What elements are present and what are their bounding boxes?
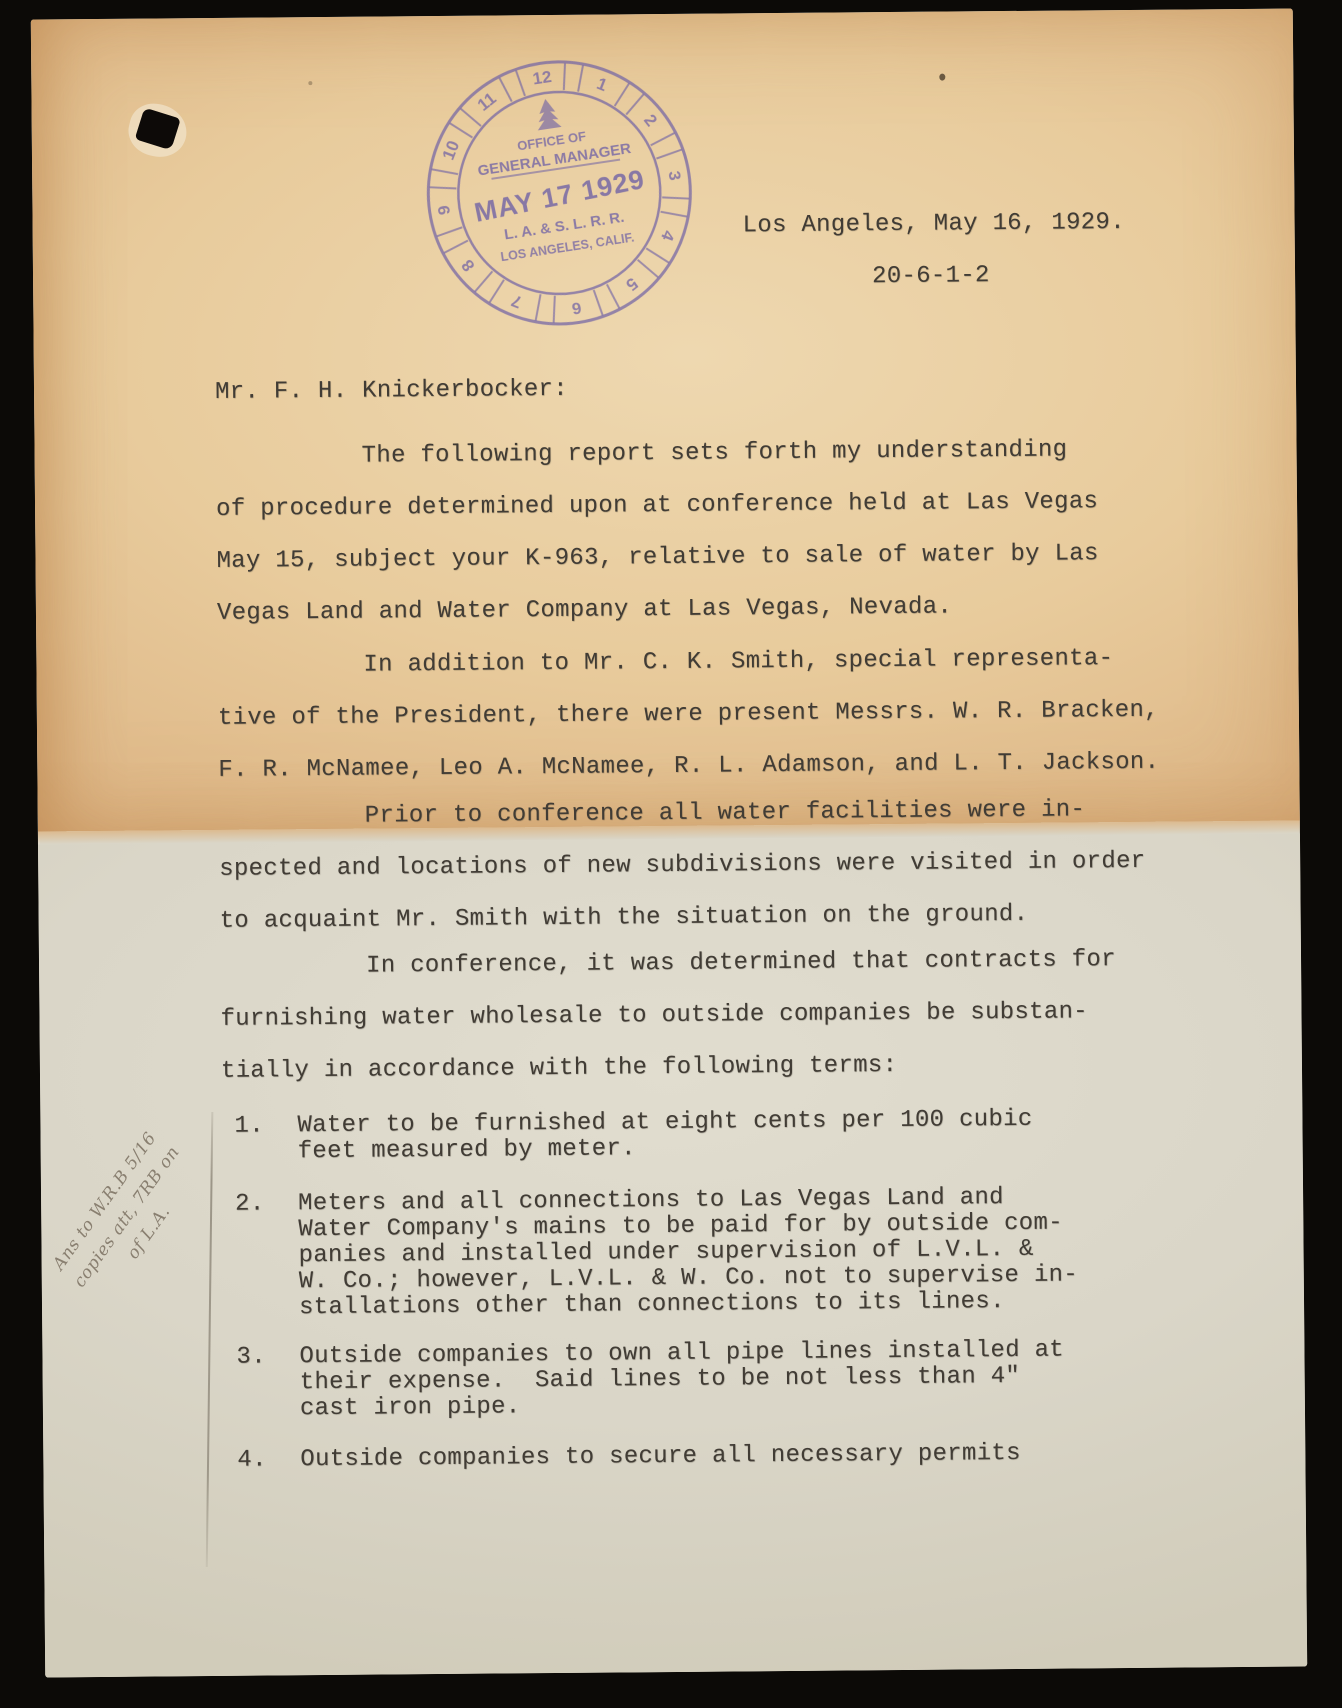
dial-number: 5 bbox=[622, 274, 641, 295]
dial-number: 9 bbox=[434, 204, 454, 216]
file-number: 20-6-1-2 bbox=[872, 250, 990, 303]
list-item-text: Meters and all connections to Las Vegas … bbox=[298, 1184, 1078, 1321]
dial-number: 7 bbox=[509, 291, 525, 312]
dateline: Los Angeles, May 16, 1929. bbox=[742, 197, 1125, 252]
list-item-3: 3.Outside companies to own all pipe line… bbox=[236, 1338, 1064, 1423]
dial-number: 4 bbox=[657, 228, 678, 244]
list-item-number: 3. bbox=[236, 1344, 299, 1371]
list-item-2: 2.Meters and all connections to Las Vega… bbox=[235, 1184, 1078, 1321]
list-item-number: 2. bbox=[235, 1191, 298, 1218]
railroad-emblem-icon bbox=[533, 97, 561, 130]
paper-speck bbox=[939, 74, 945, 81]
dial-number: 6 bbox=[570, 298, 582, 318]
paragraph-1: The following report sets forth my under… bbox=[215, 423, 1277, 640]
document-page: 12 1 2 3 4 5 6 7 8 9 10 11 OFFICE OF GEN… bbox=[31, 9, 1307, 1678]
dial-number: 3 bbox=[664, 170, 684, 182]
list-item-text: Outside companies to own all pipe lines … bbox=[299, 1338, 1064, 1423]
list-item-1: 1.Water to be furnished at eight cents p… bbox=[234, 1107, 1033, 1166]
dial-number: 12 bbox=[531, 67, 553, 89]
list-item-number: 4. bbox=[237, 1447, 300, 1474]
list-item-number: 1. bbox=[234, 1113, 297, 1140]
paragraph-3: Prior to conference all water facilities… bbox=[219, 783, 1280, 948]
dial-number: 10 bbox=[439, 138, 464, 163]
salutation: Mr. F. H. Knickerbocker: bbox=[215, 361, 915, 419]
received-date-stamp: 12 1 2 3 4 5 6 7 8 9 10 11 OFFICE OF GEN… bbox=[406, 39, 713, 346]
paragraph-2: In addition to Mr. C. K. Smith, special … bbox=[217, 632, 1278, 797]
dial-number: 8 bbox=[458, 256, 479, 275]
paper-speck bbox=[308, 81, 312, 85]
list-item-text: Water to be furnished at eight cents per… bbox=[297, 1107, 1033, 1165]
dial-number: 2 bbox=[640, 111, 661, 130]
dial-number: 11 bbox=[474, 89, 500, 115]
dial-number: 1 bbox=[594, 74, 610, 95]
scan-background: { "letter": { "dateline": "Los Angeles, … bbox=[0, 0, 1342, 1708]
paragraph-4: In conference, it was determined that co… bbox=[220, 933, 1281, 1098]
